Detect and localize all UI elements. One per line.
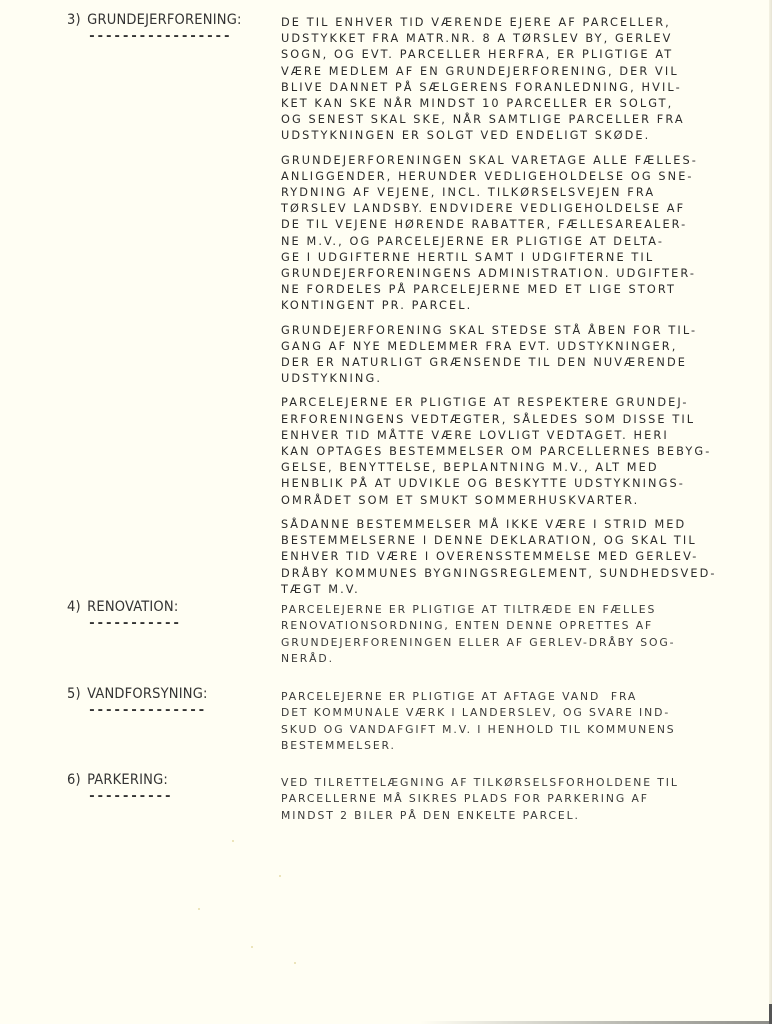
section-underline: ----------- (88, 618, 181, 630)
text-line: PARCELEJERNE ER PLIGTIGE AT AFTAGE VAND … (281, 689, 751, 705)
section-title: VANDFORSYNING: (87, 686, 207, 702)
section-number: 4) (67, 599, 81, 615)
section-number: 3) (67, 12, 81, 28)
section-underline: ----------------- (88, 31, 231, 43)
text-line: GRUNDEJERFORENINGEN ELLER AF GERLEV-DRÅB… (281, 635, 751, 651)
section-heading: 4) RENOVATION: (67, 598, 178, 617)
text-line: NERÅD. (281, 651, 751, 667)
text-line: OG SENEST SKAL SKE, NÅR SAMTLIGE PARCELL… (281, 112, 751, 128)
text-line: SKUD OG VANDAFGIFT M.V. I HENHOLD TIL KO… (281, 722, 751, 738)
text-line: OMRÅDET SOM ET SMUKT SOMMERHUSKVARTER. (281, 493, 751, 509)
text-line: NE M.V., OG PARCELEJERNE ER PLIGTIGE AT … (281, 234, 751, 250)
text-line: DE TIL ENHVER TID VÆRENDE EJERE AF PARCE… (281, 15, 751, 31)
section-title: RENOVATION: (87, 599, 178, 615)
text-line: MINDST 2 BILER PÅ DEN ENKELTE PARCEL. (281, 808, 751, 824)
text-line: ANLIGGENDER, HERUNDER VEDLIGEHOLDELSE OG… (281, 169, 751, 185)
section-underline: -------------- (88, 705, 206, 717)
section-body: DE TIL ENHVER TID VÆRENDE EJERE AF PARCE… (281, 15, 751, 606)
text-line: DER ER NATURLIGT GRÆNSENDE TIL DEN NUVÆR… (281, 355, 751, 371)
text-line: SÅDANNE BESTEMMELSER MÅ IKKE VÆRE I STRI… (281, 517, 751, 533)
text-line: GANG AF NYE MEDLEMMER FRA EVT. UDSTYKNIN… (281, 339, 751, 355)
text-line: TØRSLEV LANDSBY. ENDVIDERE VEDLIGEHOLDEL… (281, 201, 751, 217)
text-line: ERFORENINGENS VEDTÆGTER, SÅLEDES SOM DIS… (281, 412, 751, 428)
text-line: UDSTYKKET FRA MATR.NR. 8 A TØRSLEV BY, G… (281, 31, 751, 47)
text-line: BLIVE DANNET PÅ SÆLGERENS FORANLEDNING, … (281, 80, 751, 96)
section-underline: ---------- (88, 791, 172, 803)
text-line: NE FORDELES PÅ PARCELEJERNE MED ET LIGE … (281, 282, 751, 298)
text-line: DET KOMMUNALE VÆRK I LANDERSLEV, OG SVAR… (281, 705, 751, 721)
paragraph: DE TIL ENHVER TID VÆRENDE EJERE AF PARCE… (281, 15, 751, 145)
text-line: DRÅBY KOMMUNES BYGNINGSREGLEMENT, SUNDHE… (281, 566, 751, 582)
text-line: HENBLIK PÅ AT UDVIKLE OG BESKYTTE UDSTYK… (281, 476, 751, 492)
text-line: GRUNDEJERFORENING SKAL STEDSE STÅ ÅBEN F… (281, 323, 751, 339)
section-title: PARKERING: (87, 772, 168, 788)
paragraph: PARCELEJERNE ER PLIGTIGE AT AFTAGE VAND … (281, 689, 751, 754)
text-line: KET KAN SKE NÅR MINDST 10 PARCELLER ER S… (281, 96, 751, 112)
text-line: TÆGT M.V. (281, 582, 751, 598)
text-line: GRUNDEJERFORENINGEN SKAL VARETAGE ALLE F… (281, 153, 751, 169)
paper-speck (232, 840, 234, 842)
paragraph: VED TILRETTELÆGNING AF TILKØRSELSFORHOLD… (281, 775, 751, 824)
section-title: GRUNDEJERFORENING: (87, 12, 241, 28)
paragraph: PARCELEJERNE ER PLIGTIGE AT RESPEKTERE G… (281, 395, 751, 508)
text-line: UDSTYKNING. (281, 371, 751, 387)
text-line: KAN OPTAGES BESTEMMELSER OM PARCELLERNES… (281, 444, 751, 460)
text-line: VED TILRETTELÆGNING AF TILKØRSELSFORHOLD… (281, 775, 751, 791)
text-line: KONTINGENT PR. PARCEL. (281, 298, 751, 314)
text-line: PARCELLERNE MÅ SIKRES PLADS FOR PARKERIN… (281, 791, 751, 807)
text-line: VÆRE MEDLEM AF EN GRUNDEJERFORENING, DER… (281, 64, 751, 80)
text-line: UDSTYKNINGEN ER SOLGT VED ENDELIGT SKØDE… (281, 128, 751, 144)
text-line: GELSE, BENYTTELSE, BEPLANTNING M.V., ALT… (281, 460, 751, 476)
paper-speck (198, 908, 200, 910)
text-line: RYDNING AF VEJENE, INCL. TILKØRSELSVEJEN… (281, 185, 751, 201)
section-body: PARCELEJERNE ER PLIGTIGE AT TILTRÆDE EN … (281, 602, 751, 675)
text-line: PARCELEJERNE ER PLIGTIGE AT TILTRÆDE EN … (281, 602, 751, 618)
paper-speck (251, 946, 253, 948)
section-number: 5) (67, 686, 81, 702)
text-line: ENHVER TID MÅTTE VÆRE LOVLIGT VEDTAGET. … (281, 428, 751, 444)
paper-speck (279, 875, 281, 877)
paragraph: GRUNDEJERFORENINGEN SKAL VARETAGE ALLE F… (281, 153, 751, 315)
section-body: PARCELEJERNE ER PLIGTIGE AT AFTAGE VAND … (281, 689, 751, 762)
section-body: VED TILRETTELÆGNING AF TILKØRSELSFORHOLD… (281, 775, 751, 832)
document-page: 3) GRUNDEJERFORENING: ----------------- … (0, 0, 772, 1024)
paragraph: PARCELEJERNE ER PLIGTIGE AT TILTRÆDE EN … (281, 602, 751, 667)
section-heading: 5) VANDFORSYNING: (67, 685, 208, 704)
section-heading: 3) GRUNDEJERFORENING: (67, 11, 242, 30)
paragraph: GRUNDEJERFORENING SKAL STEDSE STÅ ÅBEN F… (281, 323, 751, 388)
text-line: SOGN, OG EVT. PARCELLER HERFRA, ER PLIGT… (281, 47, 751, 63)
paper-speck (294, 962, 296, 964)
text-line: RENOVATIONSORDNING, ENTEN DENNE OPRETTES… (281, 618, 751, 634)
section-number: 6) (67, 772, 81, 788)
text-line: BESTEMMELSER. (281, 738, 751, 754)
text-line: GRUNDEJERFORENINGENS ADMINISTRATION. UDG… (281, 266, 751, 282)
text-line: GE I UDGIFTERNE HERTIL SAMT I UDGIFTERNE… (281, 250, 751, 266)
text-line: ENHVER TID VÆRE I OVERENSSTEMMELSE MED G… (281, 549, 751, 565)
text-line: BESTEMMELSERNE I DENNE DEKLARATION, OG S… (281, 533, 751, 549)
text-line: PARCELEJERNE ER PLIGTIGE AT RESPEKTERE G… (281, 395, 751, 411)
text-line: DE TIL VEJENE HØRENDE RABATTER, FÆLLESAR… (281, 217, 751, 233)
paragraph: SÅDANNE BESTEMMELSER MÅ IKKE VÆRE I STRI… (281, 517, 751, 598)
section-heading: 6) PARKERING: (67, 771, 168, 790)
